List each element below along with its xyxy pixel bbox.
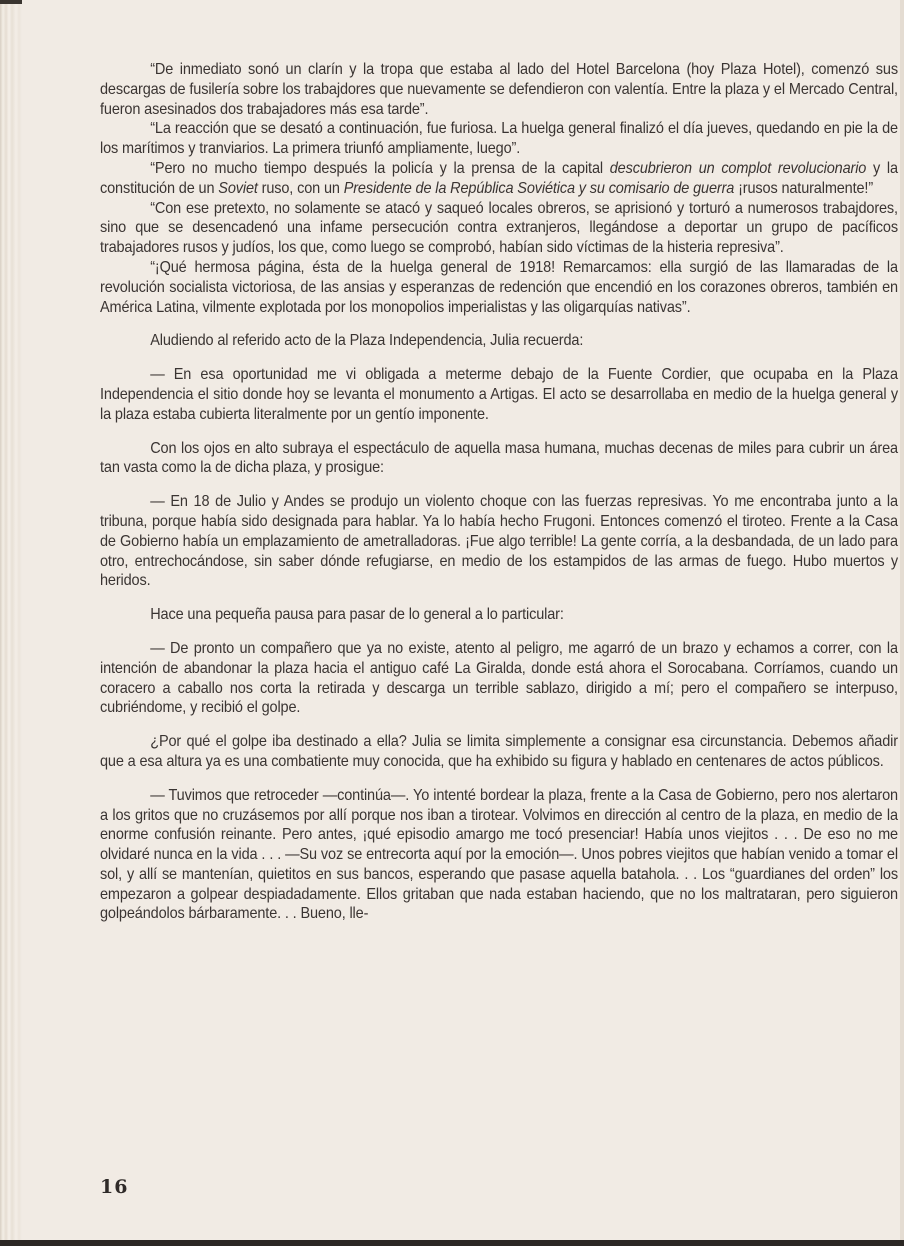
paragraph-p13: — Tuvimos que retroceder —continúa—. Yo … [100,786,898,925]
paragraph-p8: Con los ojos en alto subraya el espectác… [100,439,898,479]
text-segment: — De pronto un compañero que ya no exist… [100,640,898,716]
paragraph-p4: “Con ese pretexto, no solamente se atacó… [100,199,898,258]
text-segment: “Pero no mucho tiempo después la policía… [150,160,610,177]
paragraph-p5: “¡Qué hermosa página, ésta de la huelga … [100,258,898,317]
text-segment: Aludiendo al referido acto de la Plaza I… [150,332,583,349]
italic-text: Presidente de la República Soviética y s… [344,180,735,197]
scan-border-top [0,0,22,4]
italic-text: descubrieron un complot revolucionario [610,160,867,177]
text-segment: Hace una pequeña pausa para pasar de lo … [150,606,564,623]
text-segment: “La reacción que se desató a continuació… [100,120,898,157]
text-segment: “De inmediato sonó un clarín y la tropa … [100,61,898,118]
text-segment: Con los ojos en alto subraya el espectác… [100,440,898,477]
scan-border-bottom [0,1240,904,1246]
text-segment: — En esa oportunidad me vi obligada a me… [100,366,898,423]
paragraph-p6: Aludiendo al referido acto de la Plaza I… [100,331,898,351]
paragraph-p11: — De pronto un compañero que ya no exist… [100,639,898,718]
text-segment: ¡rusos naturalmente!” [734,180,873,197]
text-segment: “¡Qué hermosa página, ésta de la huelga … [100,259,898,316]
paragraph-p10: Hace una pequeña pausa para pasar de lo … [100,605,898,625]
paragraph-p7: — En esa oportunidad me vi obligada a me… [100,365,898,424]
page-right-edge [900,0,904,1240]
text-segment: — Tuvimos que retroceder —continúa—. Yo … [100,787,898,923]
book-page-edges [0,0,22,1240]
page-number: 16 [100,1176,128,1198]
paragraph-p2: “La reacción que se desató a continuació… [100,119,898,159]
text-segment: “Con ese pretexto, no solamente se atacó… [100,200,898,257]
italic-text: Soviet [218,180,257,197]
text-segment: ¿Por qué el golpe iba destinado a ella? … [100,733,898,770]
paragraph-p1: “De inmediato sonó un clarín y la tropa … [100,60,898,119]
paragraph-p9: — En 18 de Julio y Andes se produjo un v… [100,492,898,591]
body-text: “De inmediato sonó un clarín y la tropa … [100,60,898,924]
text-segment: — En 18 de Julio y Andes se produjo un v… [100,493,898,589]
paragraph-p3: “Pero no mucho tiempo después la policía… [100,159,898,199]
text-segment: ruso, con un [258,180,344,197]
paragraph-p12: ¿Por qué el golpe iba destinado a ella? … [100,732,898,772]
